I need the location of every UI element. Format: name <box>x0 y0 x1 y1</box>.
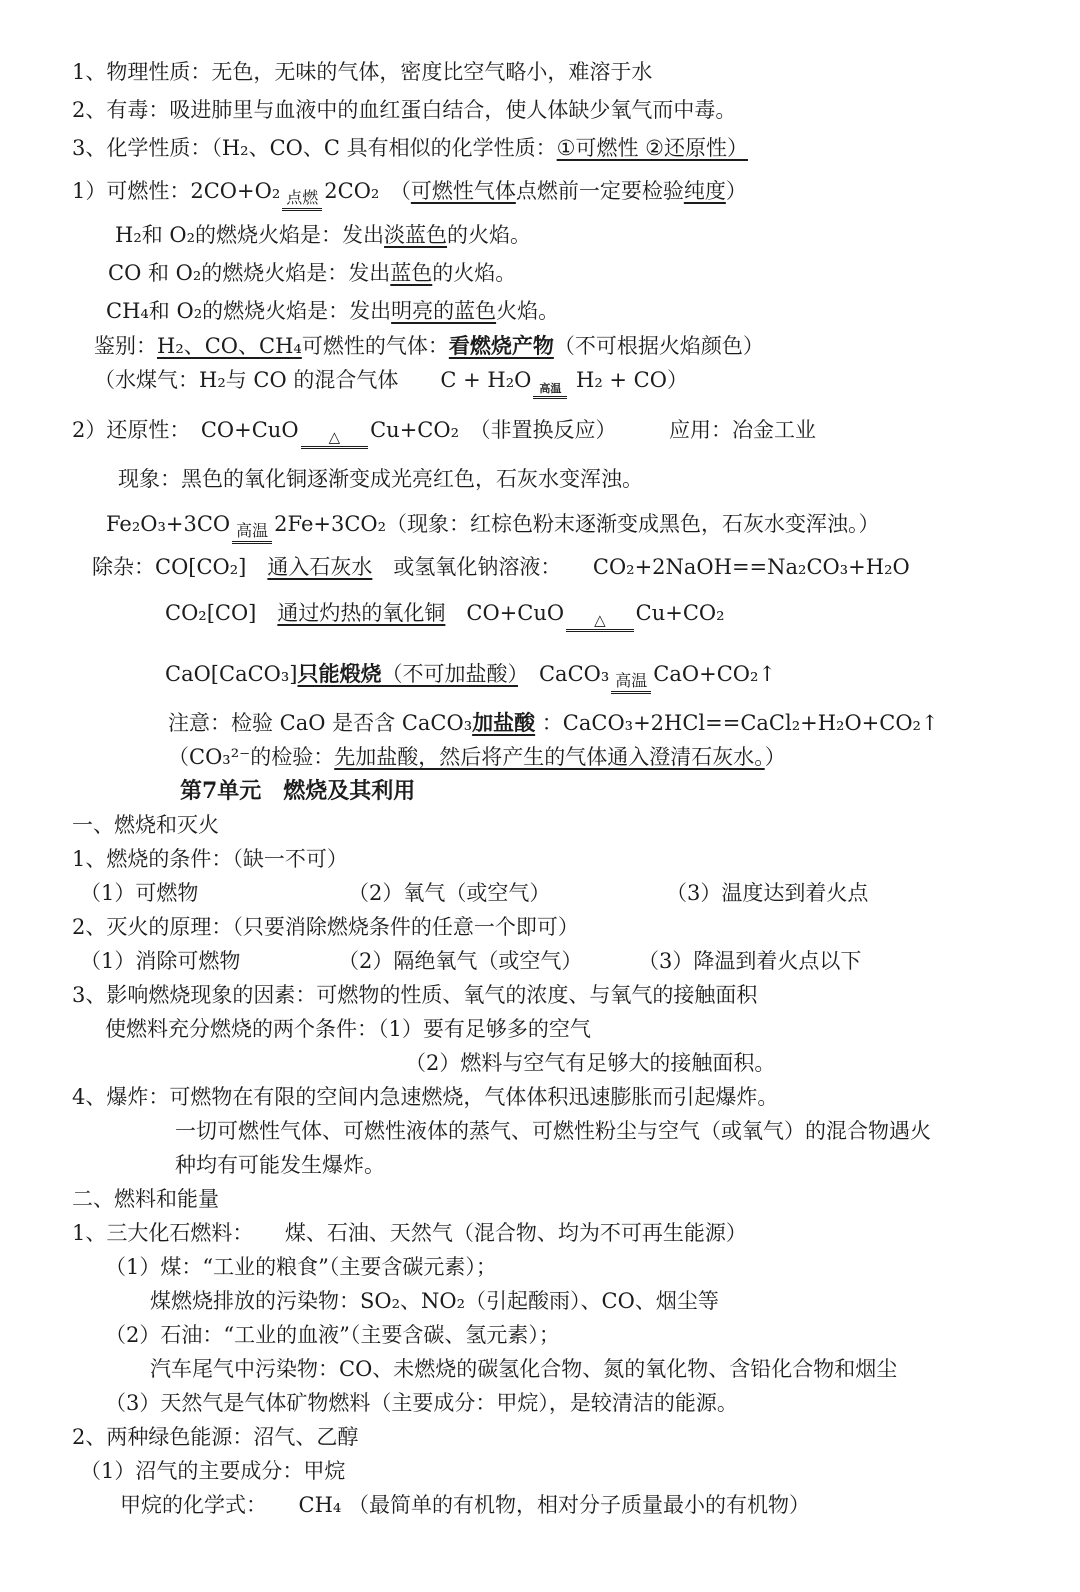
text-segment: Cu+CO₂ <box>636 601 725 625</box>
text-segment: CaCO₃ <box>518 662 609 686</box>
delta-triangle-icon: △ <box>566 612 634 633</box>
condition-label: 点燃 <box>282 189 322 211</box>
text-segment: ：CaCO₃+2HCl==CaCl₂+H₂O+CO₂↑ <box>535 711 938 735</box>
line-flammability-equation: 1）可燃性：2CO+O₂点燃2CO₂ （可燃性气体点燃前一定要检验纯度） <box>72 177 1022 211</box>
line-fe2o3-equation: Fe₂O₃+3CO高温2Fe+3CO₂（现象：红棕色粉末逐渐变成黑色，石灰水变浑… <box>106 510 1022 544</box>
reaction-condition-over-line: △ <box>301 429 369 450</box>
text-segment: 甲烷的化学式： CH₄ （最简单的有机物，相对分子质量最小的有机物） <box>120 1493 810 1517</box>
line-note-cao-test: 注意：检验 CaO 是否含 CaCO₃加盐酸 ：CaCO₃+2HCl==CaCl… <box>168 708 1022 738</box>
text-segment: （3）天然气是气体矿物燃料（主要成分：甲烷），是较清洁的能源。 <box>105 1391 738 1415</box>
line-combustion-conditions: 1、燃烧的条件：（缺一不可） <box>72 845 1022 874</box>
text-segment: 2、两种绿色能源：沼气、乙醇 <box>72 1425 358 1449</box>
text-segment: 1、物理性质：无色，无味的气体，密度比空气略小，难溶于水 <box>72 60 652 84</box>
line-petroleum: （2）石油：“工业的血液”（主要含碳、氢元素）； <box>105 1321 1022 1350</box>
text-segment: （水煤气：H₂与 CO 的混合气体 C + H₂O <box>94 368 531 392</box>
text-segment: CaO[CaCO₃] <box>165 662 297 686</box>
line-identification: 鉴别：H₂、CO、CH₄可燃性的气体：看燃烧产物（不可根据火焰颜色） <box>94 331 1022 361</box>
line-green-energy: 2、两种绿色能源：沼气、乙醇 <box>72 1423 1022 1452</box>
text-segment: ） <box>726 179 747 203</box>
text-segment: 的火焰。 <box>447 223 531 247</box>
line-coal: （1）煤：“工业的粮食”（主要含碳元素）； <box>105 1253 1022 1282</box>
text-segment: 或氢氧化钠溶液： CO₂+2NaOH==Na₂CO₃+H₂O <box>372 555 909 579</box>
line-biogas: （1）沼气的主要成分：甲烷 <box>80 1457 1022 1486</box>
underlined-text: 纯度 <box>684 179 726 203</box>
line-natural-gas: （3）天然气是气体矿物燃料（主要成分：甲烷），是较清洁的能源。 <box>105 1389 1022 1418</box>
text-segment: （CO₃²⁻的检验： <box>168 745 334 769</box>
text-segment: 点燃前一定要检验 <box>516 179 684 203</box>
line-explosion-note-1: 一切可燃性气体、可燃性液体的蒸气、可燃性粉尘与空气（或氧气）的混合物遇火 <box>175 1117 1022 1146</box>
text-segment: （1）煤：“工业的粮食”（主要含碳元素）； <box>105 1255 497 1279</box>
condition-item-1: （1）可燃物 <box>80 879 348 908</box>
line-toxicity: 2、有毒：吸进肺里与血液中的血红蛋白结合，使人体缺少氧气而中毒。 <box>72 96 1022 125</box>
underlined-text: （不可加盐酸） <box>381 662 518 686</box>
text-segment: 1）可燃性：2CO+O₂ <box>72 179 280 203</box>
text-segment: （2）石油：“工业的血液”（主要含碳、氢元素）； <box>105 1323 560 1347</box>
text-segment: （1）沼气的主要成分：甲烷 <box>80 1459 345 1483</box>
text-segment: 3、化学性质：（H₂、CO、C 具有相似的化学性质： <box>72 136 557 160</box>
line-impurity-removal-cao: CaO[CaCO₃]只能煅烧（不可加盐酸） CaCO₃高温CaO+CO₂↑ <box>165 659 1022 694</box>
underlined-text: 明亮的蓝色 <box>391 299 496 323</box>
line-reducibility-equation: 2）还原性： CO+CuO△Cu+CO₂ （非置换反应） 应用：冶金工业 <box>72 416 1022 450</box>
line-section2-title: 二、燃料和能量 <box>72 1185 1022 1214</box>
text-segment: 的火焰。 <box>432 261 516 285</box>
text-segment: CH₄和 O₂的燃烧火焰是：发出 <box>106 299 391 323</box>
line-conditions-items: （1）可燃物（2）氧气（或空气）（3）温度达到着火点 <box>80 879 1022 908</box>
extinguish-item-2: （2）隔绝氧气（或空气） <box>338 947 638 976</box>
reaction-condition-over-line: △ <box>566 612 634 633</box>
line-explosion: 4、爆炸：可燃物在有限的空间内急速燃烧，气体体积迅速膨胀而引起爆炸。 <box>72 1083 1022 1112</box>
line-ch4-flame: CH₄和 O₂的燃烧火焰是：发出明亮的蓝色火焰。 <box>106 297 1022 326</box>
line-full-combustion-2: （2）燃料与空气有足够大的接触面积。 <box>405 1049 1022 1078</box>
text-segment: 2、有毒：吸进肺里与血液中的血红蛋白结合，使人体缺少氧气而中毒。 <box>72 98 736 122</box>
text-segment: 4、爆炸：可燃物在有限的空间内急速燃烧，气体体积迅速膨胀而引起爆炸。 <box>72 1085 778 1109</box>
condition-label: 高温 <box>232 522 272 544</box>
text-segment: 2、灭火的原理：（只要消除燃烧条件的任意一个即可） <box>72 915 579 939</box>
extinguish-item-1: （1）消除可燃物 <box>80 947 338 976</box>
text-segment: H₂和 O₂的燃烧火焰是：发出 <box>115 223 384 247</box>
line-section1-title: 一、燃烧和灭火 <box>72 811 1022 840</box>
text-segment: 一切可燃性气体、可燃性液体的蒸气、可燃性粉尘与空气（或氧气）的混合物遇火 <box>175 1119 931 1143</box>
reaction-condition-over-line: 高温 <box>232 522 272 544</box>
line-fossil-fuels: 1、三大化石燃料： 煤、石油、天然气（混合物、均为不可再生能源） <box>72 1219 1022 1248</box>
text-segment: 注意：检验 CaO 是否含 CaCO₃ <box>168 711 472 735</box>
heading-unit7: 第7单元 燃烧及其利用 <box>180 777 1022 806</box>
text-segment: 种均有可能发生爆炸。 <box>175 1153 385 1177</box>
line-methane-formula: 甲烷的化学式： CH₄ （最简单的有机物，相对分子质量最小的有机物） <box>120 1491 1022 1520</box>
line-impurity-removal-co: 除杂：CO[CO₂] 通入石灰水 或氢氧化钠溶液： CO₂+2NaOH==Na₂… <box>92 553 1022 582</box>
underlined-text: 通过灼热的氧化铜 <box>277 601 445 625</box>
underlined-text: 可燃性气体 <box>411 179 516 203</box>
line-co3-test: （CO₃²⁻的检验：先加盐酸，然后将产生的气体通入澄清石灰水。） <box>168 743 1022 772</box>
underlined-text: 先加盐酸，然后将产生的气体通入澄清石灰水。 <box>334 745 765 769</box>
line-explosion-note-2: 种均有可能发生爆炸。 <box>175 1151 1022 1180</box>
delta-triangle-icon: △ <box>301 429 369 450</box>
text-segment: 煤燃烧排放的污染物：SO₂、NO₂（引起酸雨）、CO、烟尘等 <box>150 1289 719 1313</box>
line-coal-pollutants: 煤燃烧排放的污染物：SO₂、NO₂（引起酸雨）、CO、烟尘等 <box>150 1287 1022 1316</box>
line-phenomenon-cuo: 现象：黑色的氧化铜逐渐变成光亮红色，石灰水变浑浊。 <box>118 465 1022 494</box>
condition-item-2: （2）氧气（或空气） <box>348 879 666 908</box>
line-co-flame: CO 和 O₂的燃烧火焰是：发出蓝色的火焰。 <box>108 259 1022 288</box>
underlined-text: 蓝色 <box>390 261 432 285</box>
text-segment: 1、三大化石燃料： 煤、石油、天然气（混合物、均为不可再生能源） <box>72 1221 747 1245</box>
text-segment: H₂ + CO） <box>569 368 688 392</box>
bold-underlined-text: 只能煅烧 <box>297 661 381 686</box>
text-segment: 2Fe+3CO₂（现象：红棕色粉末逐渐变成黑色，石灰水变浑浊。） <box>274 512 879 536</box>
line-extinguish-principle: 2、灭火的原理：（只要消除燃烧条件的任意一个即可） <box>72 913 1022 942</box>
bold-underlined-text: 看燃烧产物 <box>449 333 554 358</box>
text-segment: Fe₂O₃+3CO <box>106 512 230 536</box>
text-segment: 可燃性的气体： <box>302 334 449 358</box>
line-h2-flame: H₂和 O₂的燃烧火焰是：发出淡蓝色的火焰。 <box>115 221 1022 250</box>
underlined-text: 淡蓝色 <box>384 223 447 247</box>
underlined-text: H₂、CO、CH₄ <box>157 334 302 358</box>
line-water-gas: （水煤气：H₂与 CO 的混合气体 C + H₂O高温 H₂ + CO） <box>94 366 1022 399</box>
condition-label: 高温 <box>611 672 651 694</box>
underlined-text: ①可燃性 ②还原性） <box>557 136 748 160</box>
text-segment: 使燃料充分燃烧的两个条件：（1）要有足够多的空气 <box>105 1017 591 1041</box>
line-vehicle-pollutants: 汽车尾气中污染物：CO、未燃烧的碳氢化合物、氮的氧化物、含铅化合物和烟尘 <box>150 1355 1022 1384</box>
text-segment: 火焰。 <box>496 299 559 323</box>
text-segment: 3、影响燃烧现象的因素：可燃物的性质、氧气的浓度、与氧气的接触面积 <box>72 983 757 1007</box>
text-segment: CaO+CO₂↑ <box>653 662 776 686</box>
text-segment: 二、燃料和能量 <box>72 1187 219 1211</box>
text-segment: Cu+CO₂ （非置换反应） 应用：冶金工业 <box>370 418 816 442</box>
extinguish-item-3: （3）降温到着火点以下 <box>638 949 861 973</box>
text-segment: 除杂：CO[CO₂] <box>92 555 267 579</box>
text-segment: 一、燃烧和灭火 <box>72 813 219 837</box>
text-segment: 汽车尾气中污染物：CO、未燃烧的碳氢化合物、氮的氧化物、含铅化合物和烟尘 <box>150 1357 897 1381</box>
text-segment: CO 和 O₂的燃烧火焰是：发出 <box>108 261 390 285</box>
line-factors: 3、影响燃烧现象的因素：可燃物的性质、氧气的浓度、与氧气的接触面积 <box>72 981 1022 1010</box>
text-segment: 鉴别： <box>94 334 157 358</box>
line-extinguish-items: （1）消除可燃物（2）隔绝氧气（或空气）（3）降温到着火点以下 <box>80 947 1022 976</box>
text-segment: CO₂[CO] <box>165 601 277 625</box>
line-impurity-removal-co2: CO₂[CO] 通过灼热的氧化铜 CO+CuO△Cu+CO₂ <box>165 599 1022 633</box>
line-physical-properties: 1、物理性质：无色，无味的气体，密度比空气略小，难溶于水 <box>72 58 1022 87</box>
text-segment: （不可根据火焰颜色） <box>554 334 764 358</box>
reaction-condition-over-line: 高温 <box>533 383 567 399</box>
text-segment: 现象：黑色的氧化铜逐渐变成光亮红色，石灰水变浑浊。 <box>118 467 643 491</box>
condition-item-3: （3）温度达到着火点 <box>666 881 868 905</box>
text-segment: 2）还原性： CO+CuO <box>72 418 299 442</box>
text-segment: 1、燃烧的条件：（缺一不可） <box>72 847 348 871</box>
unit-title: 第7单元 燃烧及其利用 <box>180 778 415 804</box>
text-segment: CO+CuO <box>445 601 564 625</box>
text-segment: （2）燃料与空气有足够大的接触面积。 <box>405 1051 775 1075</box>
line-full-combustion-1: 使燃料充分燃烧的两个条件：（1）要有足够多的空气 <box>105 1015 1022 1044</box>
document-page: 1、物理性质：无色，无味的气体，密度比空气略小，难溶于水 2、有毒：吸进肺里与血… <box>0 0 1080 1592</box>
text-segment: ） <box>765 745 786 769</box>
line-chemical-properties: 3、化学性质：（H₂、CO、C 具有相似的化学性质：①可燃性 ②还原性） <box>72 134 1022 163</box>
text-segment: 2CO₂ （ <box>324 179 411 203</box>
condition-label: 高温 <box>533 383 567 399</box>
reaction-condition-over-line: 点燃 <box>282 189 322 211</box>
underlined-text: 通入石灰水 <box>267 555 372 579</box>
reaction-condition-over-line: 高温 <box>611 672 651 694</box>
bold-underlined-text: 加盐酸 <box>472 710 535 735</box>
